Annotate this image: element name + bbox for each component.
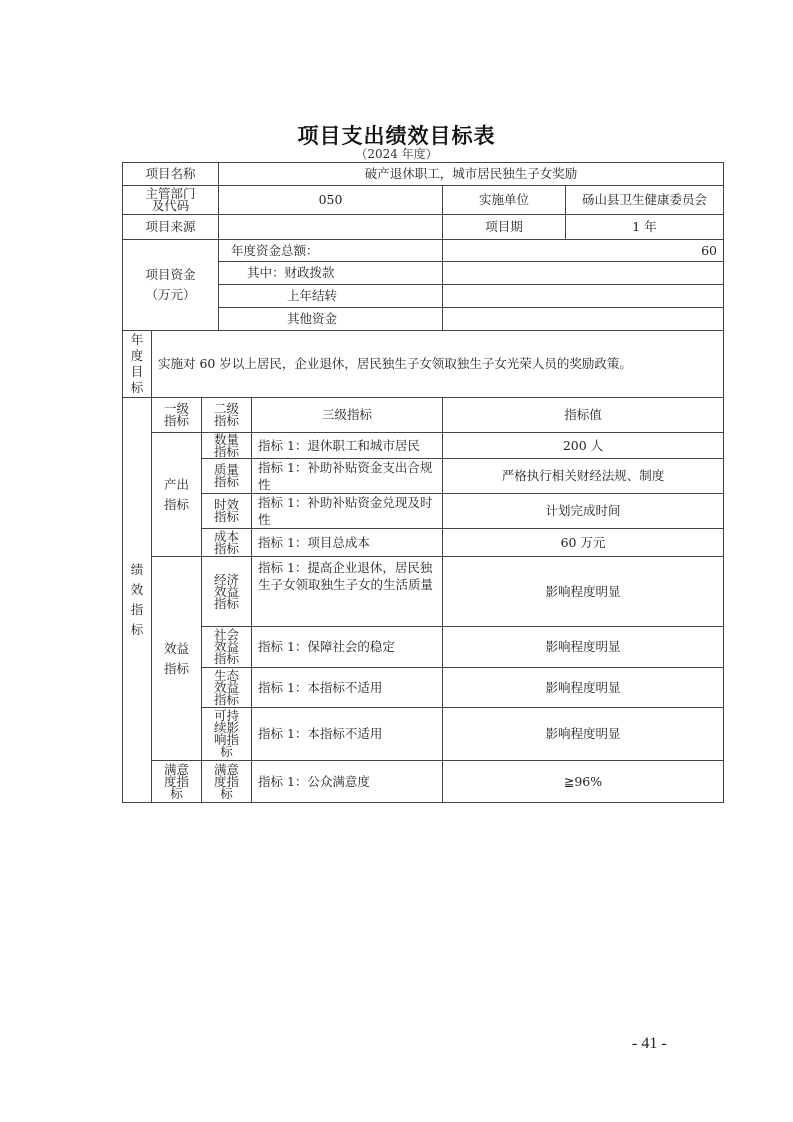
annual-goal-label: 年度目标 [123, 331, 152, 398]
value-cell: 影响程度明显 [443, 557, 724, 627]
level1-satisfaction: 满意度指标 [152, 761, 202, 803]
level3-cell: 指标 1：补助补贴资金支出合规性 [252, 459, 443, 494]
funds-row-label: 年度资金总额： [219, 240, 443, 262]
source-label: 项目来源 [123, 215, 219, 240]
value-cell: 影响程度明显 [443, 668, 724, 708]
impl-unit-label: 实施单位 [443, 186, 566, 215]
indicator-row: 效益指标 经济效益指标 指标 1：提高企业退休，居民独生子女领取独生子女的生活质… [123, 557, 724, 627]
funds-row-value: 60 [443, 240, 724, 262]
value-cell: 200 人 [443, 433, 724, 459]
header-level1: 一级指标 [152, 398, 202, 433]
level2-cell: 成本指标 [202, 529, 252, 557]
indicator-row: 社会效益指标 指标 1：保障社会的稳定 影响程度明显 [123, 627, 724, 668]
level2-cell: 可持续影响指标 [202, 708, 252, 761]
funds-label-line2: （万元） [127, 285, 214, 305]
period-label: 项目期 [443, 215, 566, 240]
header-value: 指标值 [443, 398, 724, 433]
period-value: 1 年 [566, 215, 724, 240]
level2-cell: 数量指标 [202, 433, 252, 459]
indicator-row: 时效指标 指标 1：补助补贴资金兑现及时性 计划完成时间 [123, 494, 724, 529]
level3-cell: 指标 1：本指标不适用 [252, 668, 443, 708]
row-department: 主管部门 及代码 050 实施单位 砀山县卫生健康委员会 [123, 186, 724, 215]
dept-code: 050 [219, 186, 443, 215]
header-level3: 三级指标 [252, 398, 443, 433]
row-annual-goal: 年度目标 实施对 60 岁以上居民，企业退休，居民独生子女领取独生子女光荣人员的… [123, 331, 724, 398]
level2-cell: 满意度指标 [202, 761, 252, 803]
level3-cell: 指标 1：公众满意度 [252, 761, 443, 803]
indicator-row: 成本指标 指标 1：项目总成本 60 万元 [123, 529, 724, 557]
level1-benefit: 效益指标 [152, 557, 202, 761]
performance-target-table: 项目名称 破产退休职工，城市居民独生子女奖励 主管部门 及代码 050 实施单位… [122, 162, 724, 803]
row-indicator-header: 绩效指标 一级指标 二级指标 三级指标 指标值 [123, 398, 724, 433]
page-number: - 41 - [632, 1035, 667, 1053]
value-cell: 60 万元 [443, 529, 724, 557]
dept-label: 主管部门 及代码 [123, 186, 219, 215]
funds-row-value [443, 262, 724, 285]
row-source: 项目来源 项目期 1 年 [123, 215, 724, 240]
indicator-row: 质量指标 指标 1：补助补贴资金支出合规性 严格执行相关财经法规、制度 [123, 459, 724, 494]
header-level2: 二级指标 [202, 398, 252, 433]
value-cell: 严格执行相关财经法规、制度 [443, 459, 724, 494]
level3-cell: 指标 1：补助补贴资金兑现及时性 [252, 494, 443, 529]
indicator-row: 生态效益指标 指标 1：本指标不适用 影响程度明显 [123, 668, 724, 708]
funds-label: 项目资金 （万元） [123, 240, 219, 331]
value-cell: 计划完成时间 [443, 494, 724, 529]
indicator-row: 产出指标 数量指标 指标 1：退休职工和城市居民 200 人 [123, 433, 724, 459]
level3-cell: 指标 1：提高企业退休，居民独生子女领取独生子女的生活质量 [252, 557, 443, 627]
level2-cell: 生态效益指标 [202, 668, 252, 708]
level3-cell: 指标 1：退休职工和城市居民 [252, 433, 443, 459]
dept-label-line2: 及代码 [125, 200, 216, 212]
funds-row-value [443, 285, 724, 308]
project-name-label: 项目名称 [123, 163, 219, 186]
funds-row-value [443, 308, 724, 331]
document-subtitle: （2024 年度） [0, 145, 793, 162]
funds-row-label: 上年结转 [219, 285, 443, 308]
level2-cell: 社会效益指标 [202, 627, 252, 668]
source-value [219, 215, 443, 240]
indicators-section-label: 绩效指标 [123, 398, 152, 803]
level3-cell: 指标 1：项目总成本 [252, 529, 443, 557]
annual-goal-text: 实施对 60 岁以上居民，企业退休，居民独生子女领取独生子女光荣人员的奖励政策。 [152, 331, 724, 398]
row-funds-total: 项目资金 （万元） 年度资金总额： 60 [123, 240, 724, 262]
funds-row-label: 其他资金 [219, 308, 443, 331]
indicator-row: 满意度指标 满意度指标 指标 1：公众满意度 ≧96% [123, 761, 724, 803]
funds-row-label: 其中：财政拨款 [219, 262, 443, 285]
value-cell: 影响程度明显 [443, 708, 724, 761]
value-cell: ≧96% [443, 761, 724, 803]
level3-cell: 指标 1：保障社会的稳定 [252, 627, 443, 668]
row-project-name: 项目名称 破产退休职工，城市居民独生子女奖励 [123, 163, 724, 186]
funds-label-line1: 项目资金 [127, 265, 214, 285]
indicator-row: 可持续影响指标 指标 1：本指标不适用 影响程度明显 [123, 708, 724, 761]
level1-output: 产出指标 [152, 433, 202, 557]
level2-cell: 时效指标 [202, 494, 252, 529]
level3-cell: 指标 1：本指标不适用 [252, 708, 443, 761]
level2-cell: 质量指标 [202, 459, 252, 494]
impl-unit-value: 砀山县卫生健康委员会 [566, 186, 724, 215]
value-cell: 影响程度明显 [443, 627, 724, 668]
level2-cell: 经济效益指标 [202, 557, 252, 627]
project-name-value: 破产退休职工，城市居民独生子女奖励 [219, 163, 724, 186]
